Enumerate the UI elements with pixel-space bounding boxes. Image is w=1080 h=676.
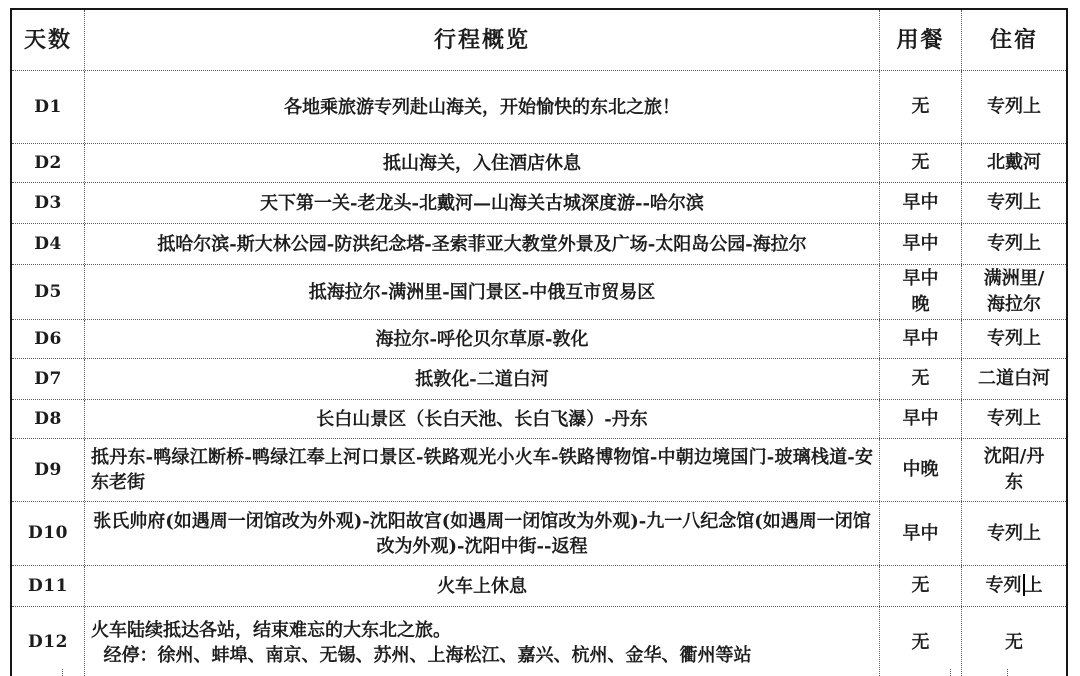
table-row: D8 长白山景区（长白天池、长白飞瀑）-丹东 早中 专列上 [12,400,1066,439]
meals-cell: 早中 晚 [880,265,962,319]
table-row: D10 张氏帅府(如遇周一闭馆改为外观)-沈阳故宫(如遇周一闭馆改为外观)-九一… [12,502,1066,566]
lodging-text-after-caret: 上 [1025,573,1043,599]
overview-cell: 抵山海关，入住酒店休息 [85,144,880,182]
overview-cell: 火车上休息 [85,566,880,606]
overview-cell: 抵丹东-鸭绿江断桥-鸭绿江奉上河口景区-铁路观光小火车-铁路博物馆-中朝边境国门… [85,439,880,501]
overview-cell: 抵哈尔滨-斯大林公园-防洪纪念塔-圣索菲亚大教堂外景及广场-太阳岛公园-海拉尔 [85,224,880,264]
header-overview: 行程概览 [85,10,880,70]
meals-cell: 无 [880,607,962,676]
lodging-cell: 专列上 [962,224,1066,264]
meals-cell: 无 [880,359,962,399]
day-cell: D4 [12,224,85,264]
meals-cell: 早中 [880,224,962,264]
fragment-divider [950,669,952,676]
table-row: D2 抵山海关，入住酒店休息 无 北戴河 [12,144,1066,183]
lodging-cell: 满洲里/ 海拉尔 [962,265,1066,319]
overview-cell: 火车陆续抵达各站，结束难忘的大东北之旅。 经停：徐州、蚌埠、南京、无锡、苏州、上… [85,607,880,676]
overview-cell: 海拉尔-呼伦贝尔草原-敦化 [85,320,880,358]
lodging-cell: 专列上 [962,183,1066,223]
overview-cell: 长白山景区（长白天池、长白飞瀑）-丹东 [85,400,880,438]
day-cell: D6 [12,320,85,358]
meals-cell: 早中 [880,502,962,565]
lodging-cell: 专列上 [962,566,1066,606]
table-row: D3 天下第一关-老龙头-北戴河—山海关古城深度游--哈尔滨 早中 专列上 [12,183,1066,224]
fragment-divider [62,669,64,676]
day-cell: D3 [12,183,85,223]
lodging-cell: 北戴河 [962,144,1066,182]
table-row: D9 抵丹东-鸭绿江断桥-鸭绿江奉上河口景区-铁路观光小火车-铁路博物馆-中朝边… [12,439,1066,502]
header-day: 天数 [12,10,85,70]
lodging-cell: 二道白河 [962,359,1066,399]
day-cell: D1 [12,71,85,143]
table-row: D1 各地乘旅游专列赴山海关，开始愉快的东北之旅！ 无 专列上 [12,71,1066,144]
day-cell: D5 [12,265,85,319]
meals-cell: 无 [880,566,962,606]
table-row: D5 抵海拉尔-满洲里-国门景区-中俄互市贸易区 早中 晚 满洲里/ 海拉尔 [12,265,1066,320]
overview-cell: 天下第一关-老龙头-北戴河—山海关古城深度游--哈尔滨 [85,183,880,223]
itinerary-table: 天数 行程概览 用餐 住宿 D1 各地乘旅游专列赴山海关，开始愉快的东北之旅！ … [10,8,1068,676]
day-cell: D11 [12,566,85,606]
lodging-cell: 沈阳/丹 东 [962,439,1066,501]
next-row-fragment [10,669,1068,676]
lodging-cell: 专列上 [962,71,1066,143]
meals-cell: 早中 [880,400,962,438]
overview-cell: 抵海拉尔-满洲里-国门景区-中俄互市贸易区 [85,265,880,319]
table-row: D11 火车上休息 无 专列上 [12,566,1066,607]
lodging-cell: 无 [962,607,1066,676]
fragment-left-border [10,669,12,676]
day-cell: D2 [12,144,85,182]
header-meals: 用餐 [880,10,962,70]
meals-cell: 无 [880,144,962,182]
lodging-cell: 专列上 [962,400,1066,438]
day-cell: D7 [12,359,85,399]
meals-cell: 中晚 [880,439,962,501]
day-cell: D12 [12,607,85,676]
header-row: 天数 行程概览 用餐 住宿 [12,10,1066,71]
lodging-cell: 专列上 [962,320,1066,358]
lodging-text-before-caret: 专列 [986,573,1022,599]
meals-cell: 早中 [880,183,962,223]
table-row: D4 抵哈尔滨-斯大林公园-防洪纪念塔-圣索菲亚大教堂外景及广场-太阳岛公园-海… [12,224,1066,265]
table-row: D12 火车陆续抵达各站，结束难忘的大东北之旅。 经停：徐州、蚌埠、南京、无锡、… [12,607,1066,676]
lodging-cell: 专列上 [962,502,1066,565]
meals-cell: 无 [880,71,962,143]
day-cell: D10 [12,502,85,565]
meals-cell: 早中 [880,320,962,358]
fragment-right-border [1066,669,1068,676]
overview-cell: 张氏帅府(如遇周一闭馆改为外观)-沈阳故宫(如遇周一闭馆改为外观)-九一八纪念馆… [85,502,880,565]
table-row: D6 海拉尔-呼伦贝尔草原-敦化 早中 专列上 [12,320,1066,359]
overview-cell: 各地乘旅游专列赴山海关，开始愉快的东北之旅！ [85,71,880,143]
day-cell: D9 [12,439,85,501]
overview-cell: 抵敦化-二道白河 [85,359,880,399]
header-lodging: 住宿 [962,10,1066,70]
fragment-divider [1007,669,1009,676]
table-row: D7 抵敦化-二道白河 无 二道白河 [12,359,1066,400]
day-cell: D8 [12,400,85,438]
